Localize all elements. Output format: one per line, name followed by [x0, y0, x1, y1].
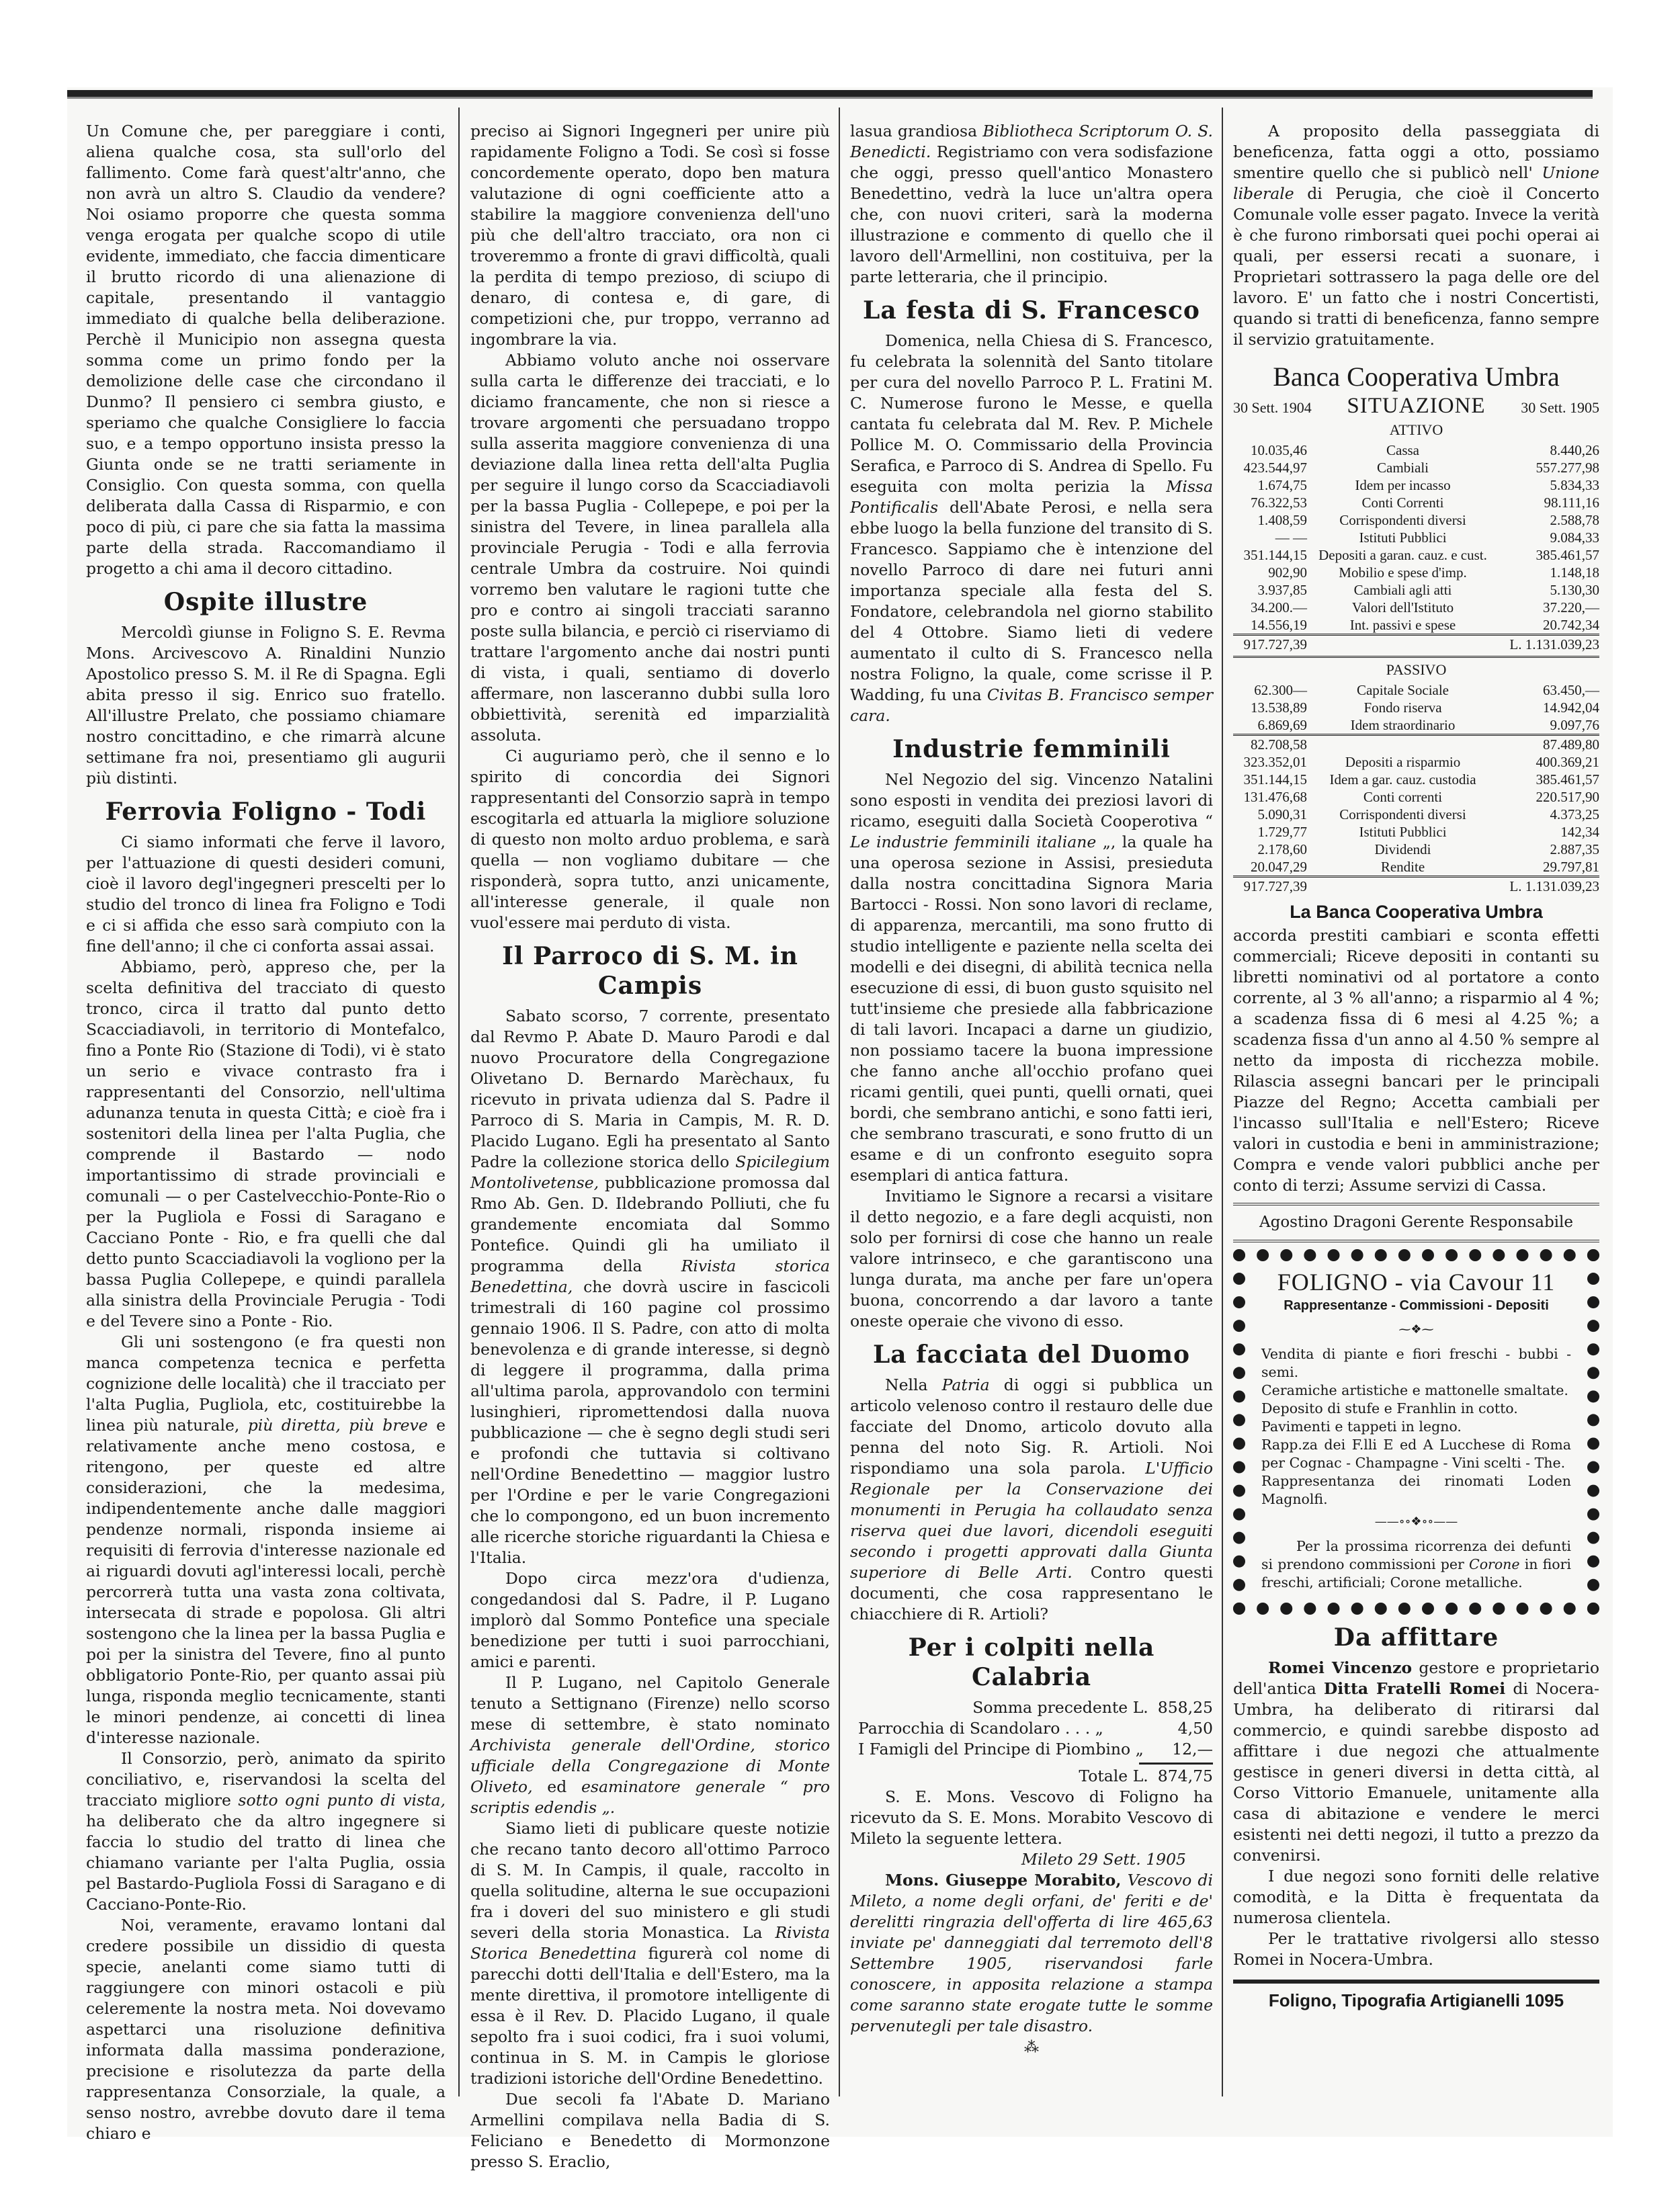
item-label: Corrispondenti diversi — [1307, 511, 1499, 529]
column-1: Un Comune che, per pareggiare i conti, a… — [86, 121, 446, 2144]
article-paragraph: Noi, veramente, eravamo lontani dal cred… — [86, 1915, 446, 2144]
item-label: Istituti Pubblici — [1307, 529, 1499, 546]
value-1904: 13.538,89 — [1233, 699, 1307, 716]
letter-sender: Mons. Giuseppe Morabito, — [885, 1871, 1121, 1890]
total-1905: L. 1.131.039,23 — [1499, 877, 1599, 896]
article-paragraph: Gli uni sostengono (e fra questi non man… — [86, 1332, 446, 1748]
ad-item: Rappresentanza dei rinomati Loden Magnol… — [1261, 1472, 1571, 1509]
text: Nella — [885, 1375, 928, 1394]
item-label: Valori dell'Istituto — [1307, 599, 1499, 616]
headline-ospite-illustre: Ospite illustre — [86, 587, 446, 617]
value-1904: 351.144,15 — [1233, 771, 1307, 788]
headline-industrie-femminili: Industrie femminili — [850, 734, 1213, 764]
donation-amount: 858,25 — [1158, 1697, 1213, 1718]
date-1905: 30 Sett. 1905 — [1521, 397, 1599, 418]
column-divider — [839, 108, 840, 2096]
value-1904: 20.047,29 — [1233, 858, 1307, 877]
item-label: Int. passivi e spese — [1307, 616, 1499, 635]
text: figurerà col nome di parecchi dotti dell… — [470, 1944, 830, 2088]
value-1905: 14.942,04 — [1499, 699, 1599, 716]
item-label: Idem a gar. cauz. custodia — [1307, 771, 1499, 788]
attivo-label: ATTIVO — [1233, 419, 1599, 440]
value-1904: 323.352,01 — [1233, 753, 1307, 771]
item-label: Rendite — [1307, 858, 1499, 877]
donation-row: I Famigli del Principe di Piombino „ 12,… — [850, 1739, 1213, 1760]
column-3: lasua grandiosa Bibliotheca Scriptorum O… — [850, 121, 1213, 2053]
italic-text: sotto ogni punto di vista, — [238, 1791, 446, 1810]
value-1905: 1.148,18 — [1499, 564, 1599, 581]
value-1904: 423.544,97 — [1233, 459, 1307, 476]
gerente-line: Agostino Dragoni Gerente Responsabile — [1233, 1212, 1599, 1233]
headline-calabria: Per i colpiti nella Calabria — [850, 1633, 1213, 1692]
value-1905: 2.588,78 — [1499, 511, 1599, 529]
item-label: Conti correnti — [1307, 788, 1499, 806]
total-1904: 917.727,39 — [1233, 877, 1307, 896]
attivo-table: 10.035,46Cassa8.440,26423.544,97Cambiali… — [1233, 441, 1599, 653]
ad-footer: Per la prossima ricorrenza dei defunti s… — [1261, 1537, 1571, 1592]
value-1905: 385.461,57 — [1499, 546, 1599, 564]
balance-row: 76.322,53Conti Correnti98.111,16 — [1233, 494, 1599, 511]
balance-row: 3.937,85Cambiali agli atti5.130,30 — [1233, 581, 1599, 599]
headline-parroco: Il Parroco di S. M. in Campis — [470, 941, 830, 1001]
item-label: Cambiali — [1307, 459, 1499, 476]
subtotal-1904: 82.708,58 — [1233, 735, 1307, 754]
headline-festa-s-francesco: La festa di S. Francesco — [850, 296, 1213, 325]
article-continuation: lasua grandiosa Bibliotheca Scriptorum O… — [850, 121, 1213, 288]
value-1904: 14.556,19 — [1233, 616, 1307, 635]
text: Registriamo con vera sodisfazione che og… — [850, 142, 1213, 286]
donation-label: Parrocchia di Scandolaro . . . „ — [858, 1718, 1103, 1739]
balance-row: 5.090,31Corrispondenti diversi4.373,25 — [1233, 806, 1599, 823]
text: Nel Negozio del sig. Vincenzo Natalini s… — [850, 770, 1213, 831]
balance-row: 1.408,59Corrispondenti diversi2.588,78 — [1233, 511, 1599, 529]
article-paragraph: Siamo lieti di publicare queste notizie … — [470, 1818, 830, 2089]
situazione-label: SITUAZIONE — [1347, 396, 1485, 417]
date-1904: 30 Sett. 1904 — [1233, 397, 1312, 418]
item-label: Fondo riserva — [1307, 699, 1499, 716]
article-paragraph: Per le trattative rivolgersi allo stesso… — [1233, 1928, 1599, 1970]
article-paragraph: Mercoldì giunse in Foligno S. E. Revma M… — [86, 622, 446, 789]
headline-facciata-duomo: La facciata del Duomo — [850, 1340, 1213, 1369]
company-name: Ditta Fratelli Romei — [1324, 1679, 1505, 1698]
text: Il P. Lugano, nel Capitolo Generale tenu… — [470, 1673, 830, 1734]
passivo-table: 62.300—Capitale Sociale63.450,—13.538,89… — [1233, 681, 1599, 895]
balance-row: 351.144,15Idem a gar. cauz. custodia385.… — [1233, 771, 1599, 788]
article-paragraph: Abbiamo voluto anche noi osservare sulla… — [470, 350, 830, 746]
balance-row: 902,90Mobilio e spese d'imp.1.148,18 — [1233, 564, 1599, 581]
text: di Nocera-Umbra, ha deliberato di ritira… — [1233, 1679, 1599, 1865]
value-1905: 557.277,98 — [1499, 459, 1599, 476]
text: dell'Abate Perosi, e nella sera ebbe luo… — [850, 498, 1213, 704]
donation-amount: 12,— — [1172, 1739, 1213, 1760]
value-1904: 902,90 — [1233, 564, 1307, 581]
text: che dovrà uscire in fascicoli trimestral… — [470, 1277, 830, 1567]
balance-row: 20.047,29Rendite29.797,81 — [1233, 858, 1599, 877]
item-label: Dividendi — [1307, 841, 1499, 858]
double-rule — [1233, 653, 1599, 658]
balance-row: 131.476,68Conti correnti220.517,90 — [1233, 788, 1599, 806]
value-1905: 5.834,33 — [1499, 476, 1599, 494]
asterism-icon: ⁂ — [850, 2043, 1213, 2053]
balance-row: — —Istituti Pubblici9.084,33 — [1233, 529, 1599, 546]
value-1905: 37.220,— — [1499, 599, 1599, 616]
balance-row: 6.869,69Idem straordinario9.097,76 — [1233, 716, 1599, 735]
item-label: Idem straordinario — [1307, 716, 1499, 735]
total-1904: 917.727,39 — [1233, 635, 1307, 654]
value-1905: 63.450,— — [1499, 681, 1599, 699]
ad-item: Ceramiche artistiche e mattonelle smalta… — [1261, 1382, 1571, 1400]
value-1905: 20.742,34 — [1499, 616, 1599, 635]
text: lasua grandiosa — [850, 122, 977, 140]
balance-row: 14.556,19Int. passivi e spese20.742,34 — [1233, 616, 1599, 635]
value-1905: 385.461,57 — [1499, 771, 1599, 788]
donation-amount: 4,50 — [1178, 1718, 1213, 1739]
divider — [1233, 1240, 1599, 1242]
item-label: Mobilio e spese d'imp. — [1307, 564, 1499, 581]
article-paragraph: Sabato scorso, 7 corrente, presentato da… — [470, 1006, 830, 1568]
balance-row: 1.729,77Istituti Pubblici142,34 — [1233, 823, 1599, 841]
letter-body: Mons. Giuseppe Morabito, Vescovo di Mile… — [850, 1870, 1213, 2037]
bank-title: Banca Cooperativa Umbra — [1233, 361, 1599, 393]
ad-item: Vendita di piante e fiori freschi - bubb… — [1261, 1345, 1571, 1382]
column-divider — [1222, 108, 1223, 2096]
value-1905: 142,34 — [1499, 823, 1599, 841]
total-1905: L. 1.131.039,23 — [1499, 635, 1599, 654]
item-label: Istituti Pubblici — [1307, 823, 1499, 841]
item-label: Cambiali agli atti — [1307, 581, 1499, 599]
article-paragraph: S. E. Mons. Vescovo di Foligno ha ricevu… — [850, 1787, 1213, 1849]
value-1904: 1.408,59 — [1233, 511, 1307, 529]
value-1905: 4.373,25 — [1499, 806, 1599, 823]
passivo-subtotal-row: 82.708,58 87.489,80 — [1233, 735, 1599, 754]
value-1905: 9.097,76 — [1499, 716, 1599, 735]
balance-row: 323.352,01Depositi a risparmio400.369,21 — [1233, 753, 1599, 771]
text: Per la prossima ricorrenza dei defunti s… — [1261, 1538, 1571, 1572]
passivo-total-row: 917.727,39 L. 1.131.039,23 — [1233, 877, 1599, 896]
value-1905: 8.440,26 — [1499, 441, 1599, 459]
ad-item-list: Vendita di piante e fiori freschi - bubb… — [1261, 1345, 1571, 1509]
italic-text: più diretta, più breve — [248, 1416, 428, 1435]
balance-row: 62.300—Capitale Sociale63.450,— — [1233, 681, 1599, 699]
column-4: A proposito della passeggiata di benefic… — [1233, 121, 1599, 2011]
article-paragraph: Due secoli fa l'Abate D. Mariano Armelli… — [470, 2089, 830, 2172]
article-paragraph: Invitiamo le Signore a recarsi a visitar… — [850, 1186, 1213, 1332]
ornament-icon: ⁓❖⁓ — [1261, 1319, 1571, 1340]
masthead-rule — [67, 90, 1593, 99]
foligno-advertisement: FOLIGNO - via Cavour 11 Rappresentanze -… — [1233, 1249, 1599, 1615]
value-1904: 62.300— — [1233, 681, 1307, 699]
column-2: preciso ai Signori Ingegneri per unire p… — [470, 121, 830, 2172]
text: e relativamente anche meno costosa, e ri… — [86, 1416, 446, 1747]
item-label: Cassa — [1307, 441, 1499, 459]
donation-total: Totale L. 874,75 — [850, 1766, 1213, 1787]
value-1904: 6.869,69 — [1233, 716, 1307, 735]
article-paragraph: Il Consorzio, però, animato da spirito c… — [86, 1748, 446, 1915]
value-1904: 1.729,77 — [1233, 823, 1307, 841]
balance-row: 13.538,89Fondo riserva14.942,04 — [1233, 699, 1599, 716]
article-paragraph: Ci siamo informati che ferve il lavoro, … — [86, 832, 446, 957]
value-1904: 34.200.— — [1233, 599, 1307, 616]
text: di Perugia, che cioè il Concerto Comunal… — [1233, 184, 1599, 349]
italic-text: Corone — [1469, 1556, 1520, 1572]
article-continuation: preciso ai Signori Ingegneri per unire p… — [470, 121, 830, 350]
item-label: Capitale Sociale — [1307, 681, 1499, 699]
article-paragraph: Nella Patria di oggi si pubblica un arti… — [850, 1375, 1213, 1625]
article-paragraph: Il P. Lugano, nel Capitolo Generale tenu… — [470, 1672, 830, 1818]
total-amount: 874,75 — [1158, 1766, 1213, 1787]
value-1905: 29.797,81 — [1499, 858, 1599, 877]
text: ed — [547, 1777, 566, 1796]
article-paragraph: A proposito della passeggiata di benefic… — [1233, 121, 1599, 350]
balance-row: 351.144,15Depositi a garan. cauz. e cust… — [1233, 546, 1599, 564]
article-paragraph: Ci auguriamo però, che il senno e lo spi… — [470, 746, 830, 933]
article-paragraph: Dopo circa mezz'ora d'udienza, congedand… — [470, 1568, 830, 1672]
value-1905: 5.130,30 — [1499, 581, 1599, 599]
article-paragraph: Abbiamo, però, appreso che, per la scelt… — [86, 957, 446, 1332]
text: „, la quale ha una operosa sezione in As… — [850, 833, 1213, 1185]
letter-date: Mileto 29 Sett. 1905 — [850, 1849, 1213, 1870]
value-1904: 1.674,75 — [1233, 476, 1307, 494]
value-1904: — — — [1233, 529, 1307, 546]
divider — [1233, 1203, 1599, 1205]
italic-text: Le industrie femminili italiane — [850, 833, 1096, 851]
headline-ferrovia: Ferrovia Foligno - Todi — [86, 797, 446, 826]
value-1905: 98.111,16 — [1499, 494, 1599, 511]
balance-row: 2.178,60Dividendi2.887,35 — [1233, 841, 1599, 858]
italic-text: Patria — [942, 1375, 990, 1394]
value-1904: 10.035,46 — [1233, 441, 1307, 459]
value-1905: 2.887,35 — [1499, 841, 1599, 858]
balance-row: 423.544,97Cambiali557.277,98 — [1233, 459, 1599, 476]
bank-ad-text: accorda prestiti cambiari e sconta effet… — [1233, 925, 1599, 1196]
divider — [1233, 1980, 1599, 1984]
ad-item: Deposito di stufe e Franhlin in cotto. — [1261, 1400, 1571, 1418]
value-1905: 220.517,90 — [1499, 788, 1599, 806]
text: Sabato scorso, 7 corrente, presentato da… — [470, 1007, 830, 1171]
article-paragraph: I due negozi sono forniti delle relative… — [1233, 1866, 1599, 1928]
donation-label: I Famigli del Principe di Piombino „ — [858, 1739, 1144, 1760]
subtotal-1905: 87.489,80 — [1499, 735, 1599, 754]
attivo-total-row: 917.727,39 L. 1.131.039,23 — [1233, 635, 1599, 654]
ad-footer-text: Per la prossima ricorrenza dei defunti s… — [1261, 1537, 1571, 1592]
headline-da-affittare: Da affittare — [1233, 1623, 1599, 1652]
donation-row: Parrocchia di Scandolaro . . . „ 4,50 — [850, 1718, 1213, 1739]
text: in fiori freschi, artificiali; Corone me… — [1261, 1556, 1571, 1590]
value-1904: 76.322,53 — [1233, 494, 1307, 511]
value-1904: 351.144,15 — [1233, 546, 1307, 564]
passivo-label: PASSIVO — [1233, 659, 1599, 680]
ornament-icon: ——∘∘❖∘∘—— — [1261, 1511, 1571, 1532]
sum-rule — [1139, 1763, 1213, 1765]
text: ha deliberato che da altro ingegnere si … — [86, 1812, 446, 1914]
balance-row: 1.674,75Idem per incasso5.834,33 — [1233, 476, 1599, 494]
value-1905: 9.084,33 — [1499, 529, 1599, 546]
ad-title: FOLIGNO - via Cavour 11 — [1261, 1272, 1571, 1293]
item-label: Conti Correnti — [1307, 494, 1499, 511]
item-label: Depositi a risparmio — [1307, 753, 1499, 771]
column-divider — [458, 108, 460, 2096]
value-1904: 3.937,85 — [1233, 581, 1307, 599]
article-continuation: Un Comune che, per pareggiare i conti, a… — [86, 121, 446, 579]
ad-item: Rapp.za dei F.lli E ed A Lucchese di Rom… — [1261, 1436, 1571, 1472]
item-label: Depositi a garan. cauz. e cust. — [1307, 546, 1499, 564]
balance-row: 10.035,46Cassa8.440,26 — [1233, 441, 1599, 459]
article-paragraph: Nel Negozio del sig. Vincenzo Natalini s… — [850, 769, 1213, 1186]
ad-subtitle: Rappresentanze - Commissioni - Depositi — [1261, 1296, 1571, 1316]
item-label: Idem per incasso — [1307, 476, 1499, 494]
value-1904: 5.090,31 — [1233, 806, 1307, 823]
donation-row: Somma precedente L. 858,25 — [850, 1697, 1213, 1718]
donation-label: Somma precedente L. — [972, 1697, 1148, 1718]
value-1905: 400.369,21 — [1499, 753, 1599, 771]
italic-text: Vescovo di Mileto, a nome degli orfani, … — [850, 1871, 1213, 2035]
printer-imprint: Foligno, Tipografia Artigianelli 1095 — [1233, 1990, 1599, 2011]
value-1904: 2.178,60 — [1233, 841, 1307, 858]
advertiser-name: Romei Vincenzo — [1268, 1658, 1412, 1677]
ad-item: Pavimenti e tappeti in legno. — [1261, 1418, 1571, 1436]
item-label: Corrispondenti diversi — [1307, 806, 1499, 823]
text: Domenica, nella Chiesa di S. Francesco, … — [850, 331, 1213, 496]
article-paragraph: Domenica, nella Chiesa di S. Francesco, … — [850, 331, 1213, 726]
balance-row: 34.200.—Valori dell'Istituto37.220,— — [1233, 599, 1599, 616]
article-paragraph: Romei Vincenzo gestore e proprietario de… — [1233, 1658, 1599, 1866]
total-label: Totale L. — [1079, 1766, 1148, 1787]
donation-list: Somma precedente L. 858,25 Parrocchia di… — [850, 1697, 1213, 1787]
balance-header: 30 Sett. 1904 SITUAZIONE 30 Sett. 1905 — [1233, 396, 1599, 418]
value-1904: 131.476,68 — [1233, 788, 1307, 806]
bank-ad-heading: La Banca Cooperativa Umbra — [1233, 902, 1599, 923]
